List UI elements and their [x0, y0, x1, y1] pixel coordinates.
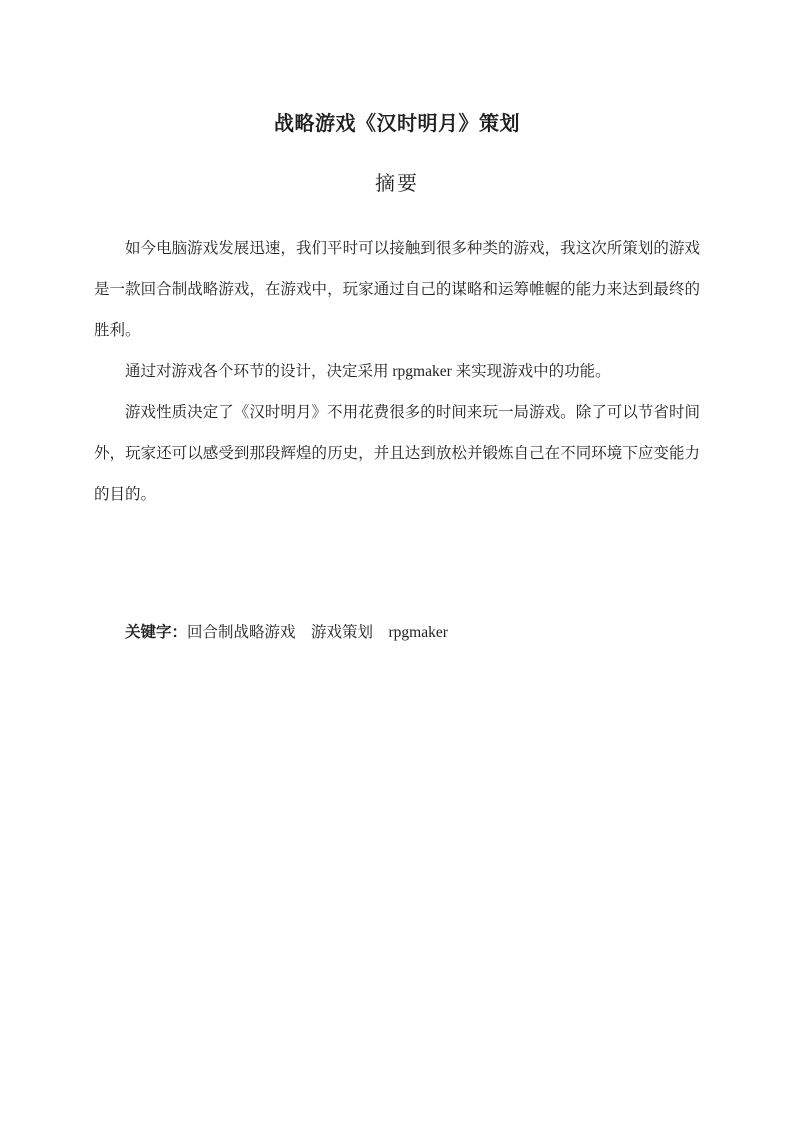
document-page: 战略游戏《汉时明月》策划 摘要 如今电脑游戏发展迅速，我们平时可以接触到很多种类…	[0, 0, 794, 1123]
abstract-heading: 摘要	[94, 171, 700, 197]
abstract-paragraph-1: 如今电脑游戏发展迅速，我们平时可以接触到很多种类的游戏，我这次所策划的游戏是一款…	[94, 228, 700, 351]
abstract-paragraph-3: 游戏性质决定了《汉时明月》不用花费很多的时间来玩一局游戏。除了可以节省时间外，玩…	[94, 392, 700, 515]
keywords-line: 关键字：回合制战略游戏 游戏策划 rpgmaker	[94, 612, 700, 653]
abstract-body: 如今电脑游戏发展迅速，我们平时可以接触到很多种类的游戏，我这次所策划的游戏是一款…	[94, 228, 700, 515]
document-title: 战略游戏《汉时明月》策划	[94, 111, 700, 137]
abstract-paragraph-2: 通过对游戏各个环节的设计，决定采用 rpgmaker 来实现游戏中的功能。	[94, 351, 700, 392]
keywords-text: 回合制战略游戏 游戏策划 rpgmaker	[187, 624, 448, 641]
keywords-label: 关键字：	[125, 624, 187, 641]
